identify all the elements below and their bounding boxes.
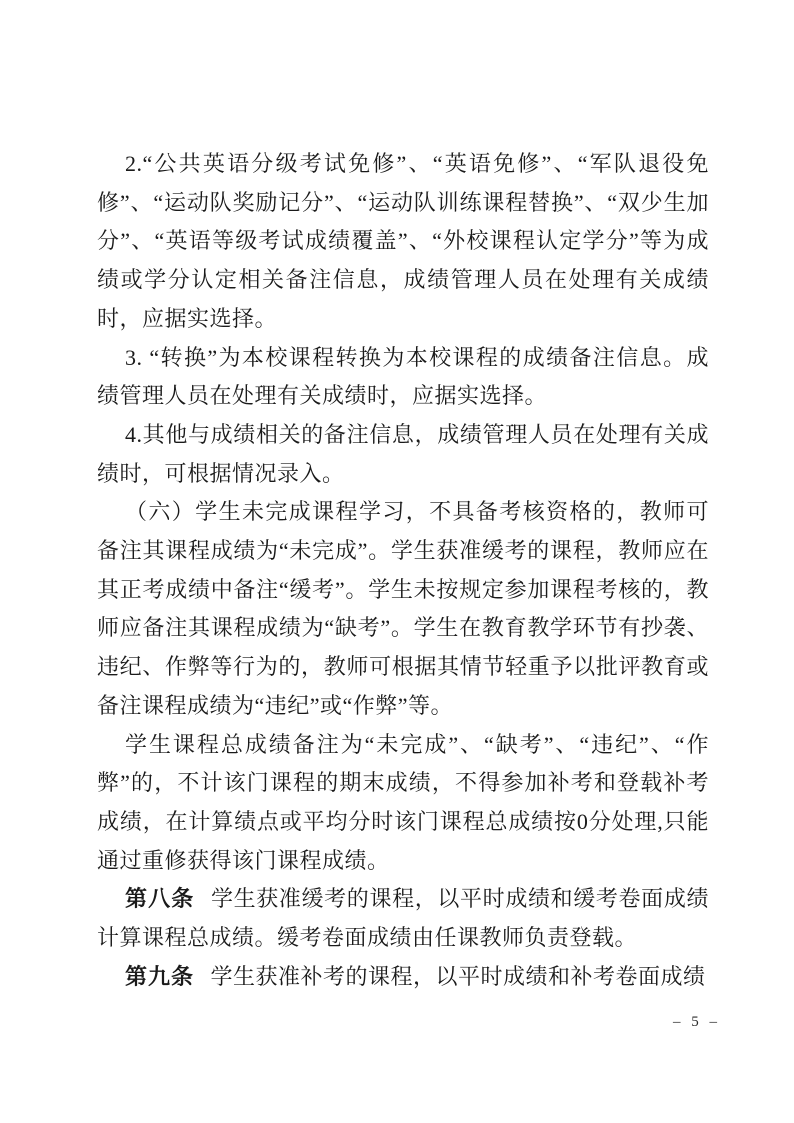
paragraph-total-grade-remarks: 学生课程总成绩备注为“未完成”、“缺考”、“违纪”、“作弊”的，不计该门课程的期… (97, 726, 709, 881)
paragraph-text: 2.“公共英语分级考试免修”、“英语免修”、“军队退役免修”、“运动队奖励记分”… (97, 151, 709, 331)
paragraph-text: （六）学生未完成课程学习，不具备考核资格的，教师可备注其课程成绩为“未完成”。学… (97, 499, 709, 718)
paragraph-article-8: 第八条学生获准缓考的课程，以平时成绩和缓考卷面成绩计算课程总成绩。缓考卷面成绩由… (97, 880, 709, 957)
paragraph-text: 3. “转换”为本校课程转换为本校课程的成绩备注信息。成绩管理人员在处理有关成绩… (97, 345, 709, 409)
paragraph-text: 学生获准补考的课程，以平时成绩和补考卷面成绩 (211, 964, 706, 989)
paragraph-text: 学生课程总成绩备注为“未完成”、“缺考”、“违纪”、“作弊”的，不计该门课程的期… (97, 732, 709, 873)
document-page: 2.“公共英语分级考试免修”、“英语免修”、“军队退役免修”、“运动队奖励记分”… (0, 0, 794, 1123)
paragraph-note-type-4: 4.其他与成绩相关的备注信息，成绩管理人员在处理有关成绩时，可根据情况录入。 (97, 416, 709, 493)
paragraph-text: 4.其他与成绩相关的备注信息，成绩管理人员在处理有关成绩时，可根据情况录入。 (97, 422, 709, 486)
paragraph-note-type-3: 3. “转换”为本校课程转换为本校课程的成绩备注信息。成绩管理人员在处理有关成绩… (97, 339, 709, 416)
page-number: – 5 – (673, 1010, 718, 1034)
paragraph-item-six: （六）学生未完成课程学习，不具备考核资格的，教师可备注其课程成绩为“未完成”。学… (97, 493, 709, 725)
paragraph-article-9: 第九条学生获准补考的课程，以平时成绩和补考卷面成绩 (97, 958, 709, 997)
article-number-9: 第九条 (125, 964, 194, 989)
document-body: 2.“公共英语分级考试免修”、“英语免修”、“军队退役免修”、“运动队奖励记分”… (97, 145, 709, 996)
paragraph-note-type-2: 2.“公共英语分级考试免修”、“英语免修”、“军队退役免修”、“运动队奖励记分”… (97, 145, 709, 339)
article-number-8: 第八条 (125, 886, 194, 911)
